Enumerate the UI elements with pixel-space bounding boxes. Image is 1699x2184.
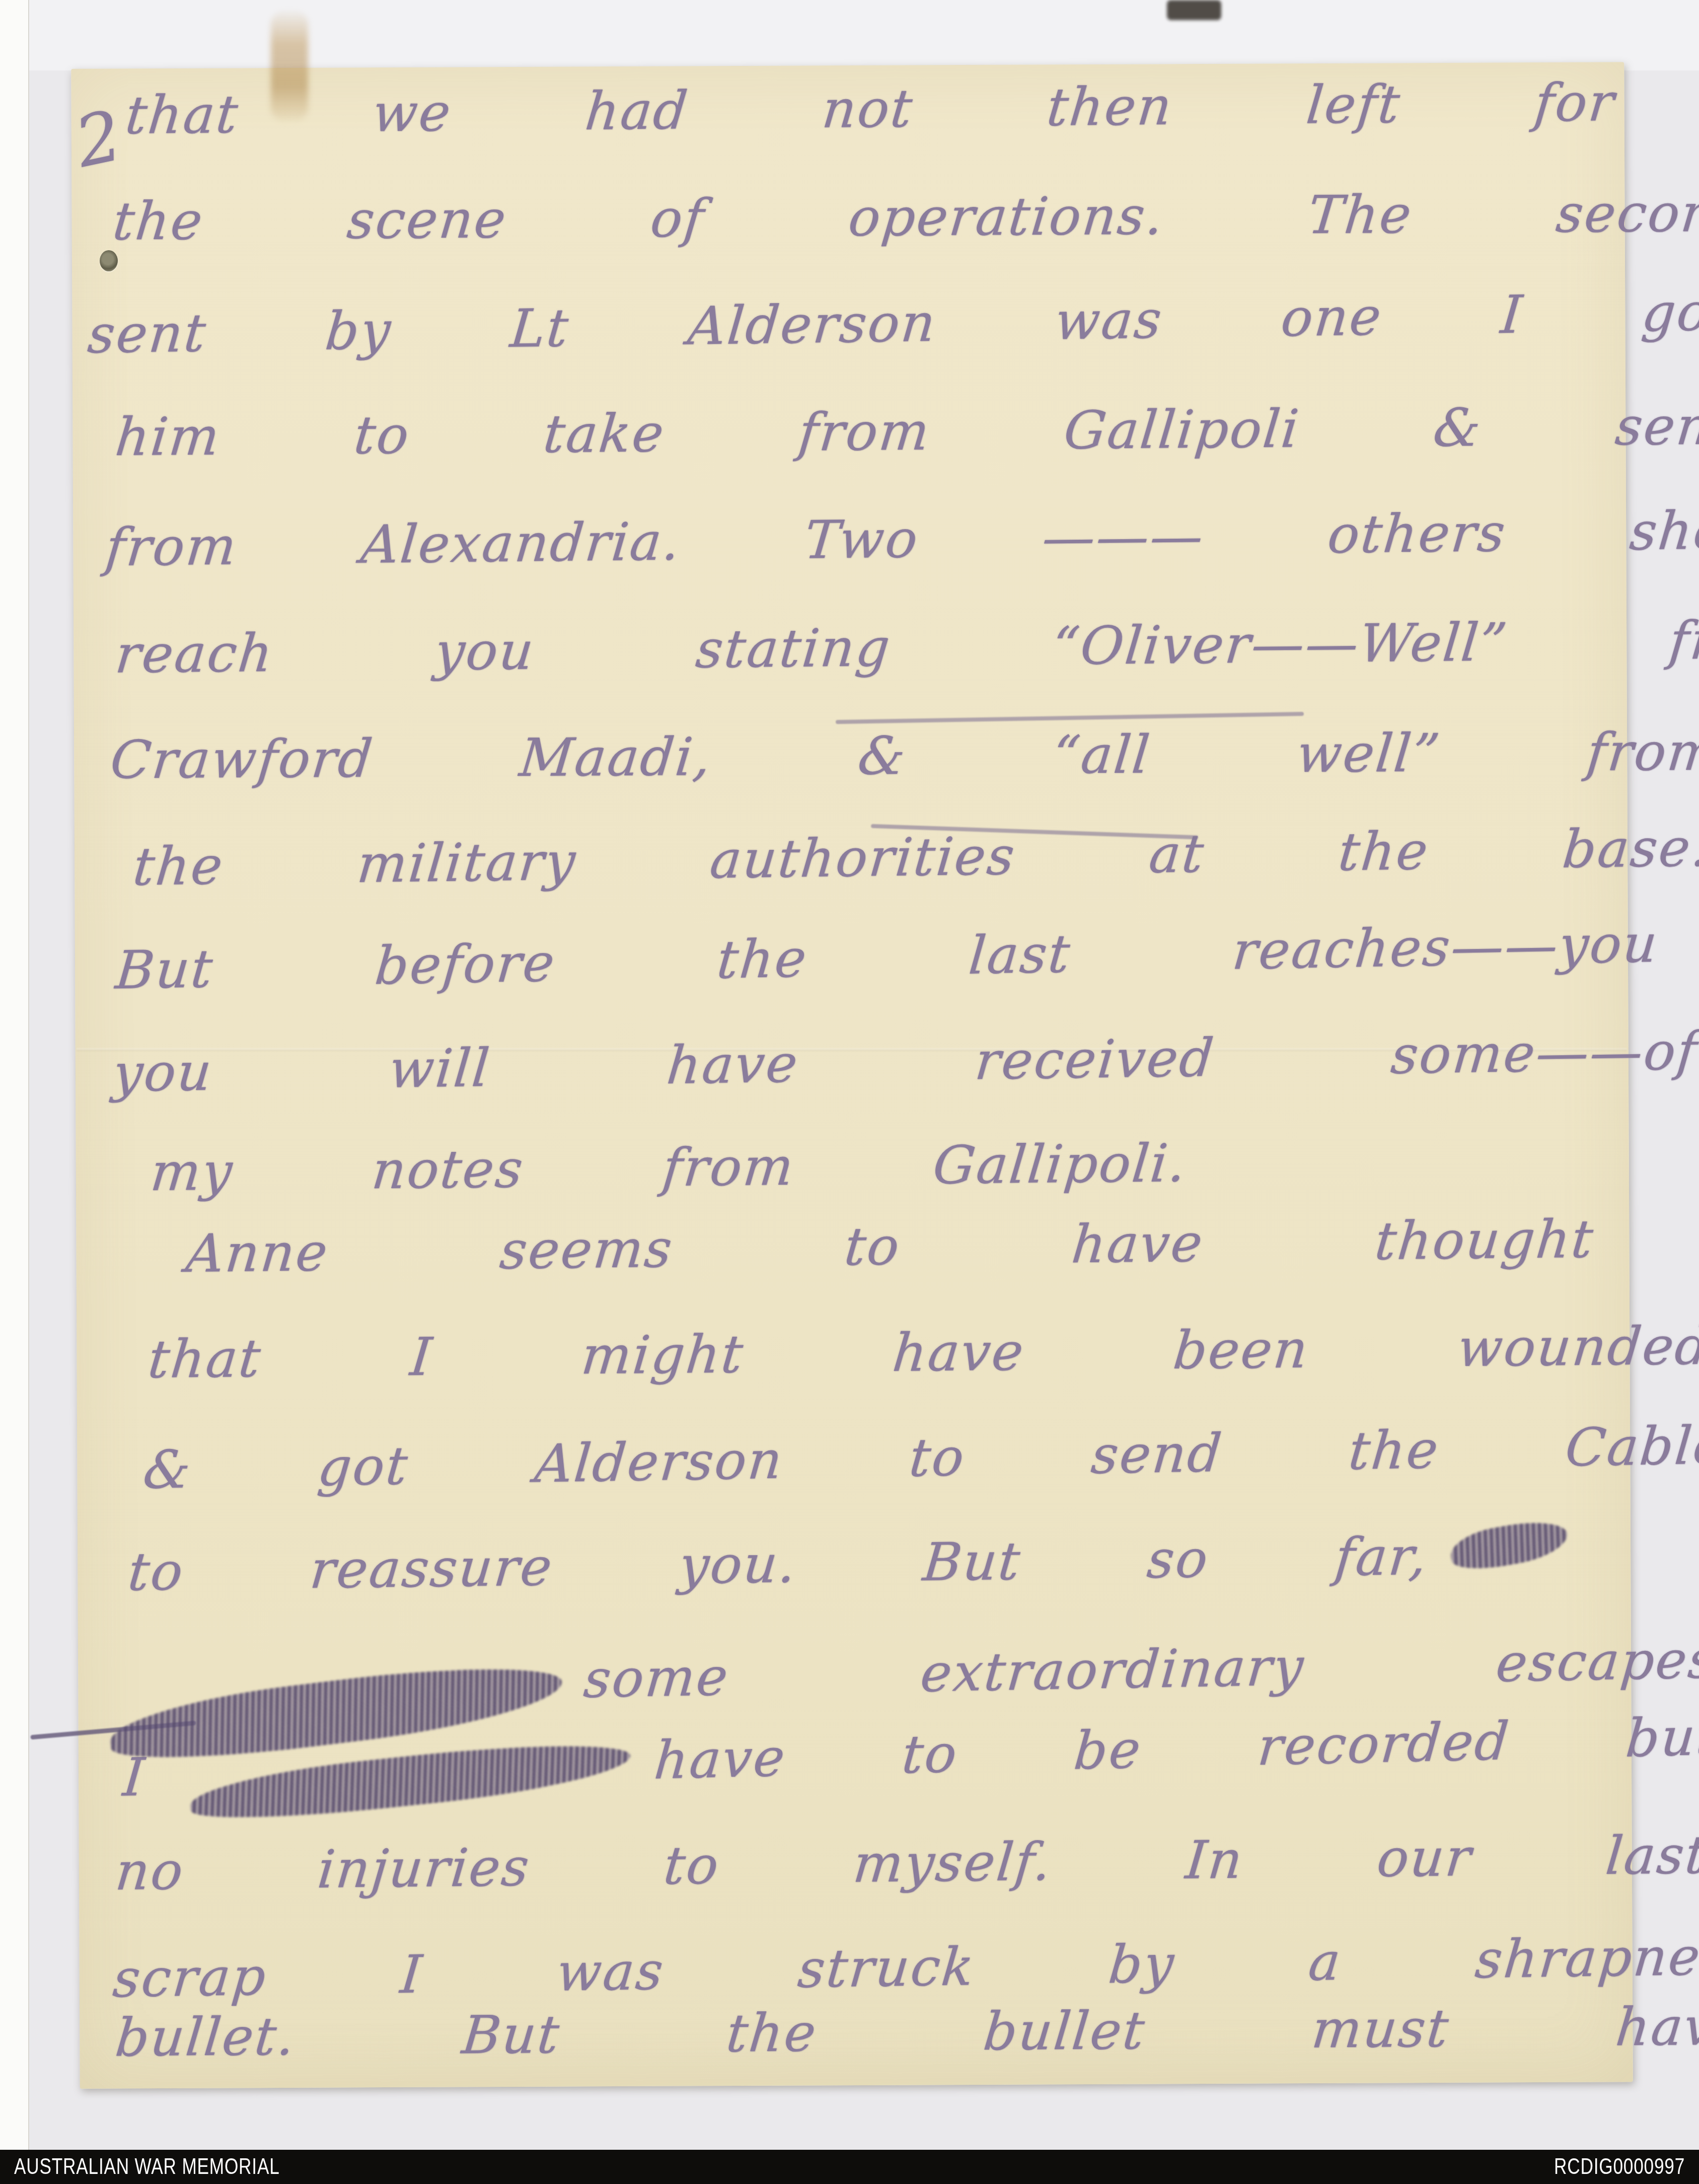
handwritten-line: my notes from Gallipoli. <box>149 1138 1075 1198</box>
handwritten-line: Crawford Maadi, & “all well” from <box>108 726 1518 786</box>
handwritten-line: to reassure you. But so far, <box>126 1532 1303 1598</box>
handwritten-line: reach you stating “Oliver——Well” from <box>113 615 1563 680</box>
handwritten-line: some extraordinary escapes <box>582 1636 1568 1705</box>
handwritten-line: no injuries to myself. In our last <box>113 1830 1568 1898</box>
handwritten-line: that we had not then left for <box>123 77 1498 141</box>
handwritten-line: that I might have been wounded <box>146 1321 1518 1386</box>
archive-name: AUSTRALIAN WAR MEMORIAL <box>14 2154 280 2179</box>
reference-id: RCDIG0000997 <box>1554 2154 1685 2179</box>
handwritten-line: from Alexandria. Two ——— others should <box>103 506 1563 573</box>
handwritten-line: the military authorities at the base. <box>131 823 1570 893</box>
scanner-edge <box>0 0 29 2150</box>
handwritten-line: bullet. But the bullet must have <box>113 2001 1578 2064</box>
top-edge-mark <box>1167 0 1221 20</box>
handwritten-word: I <box>121 1751 147 1804</box>
handwritten-line: him to take from Gallipoli & send <box>113 401 1543 463</box>
archive-footer-bar: AUSTRALIAN WAR MEMORIAL RCDIG0000997 <box>0 2150 1699 2184</box>
handwritten-line: the scene of operations. The second <box>111 187 1556 247</box>
scanned-letter-page: 2 that we had not then left for the scen… <box>0 0 1699 2184</box>
handwritten-line: Anne seems to have thought <box>184 1214 1432 1280</box>
punch-hole <box>100 250 118 271</box>
